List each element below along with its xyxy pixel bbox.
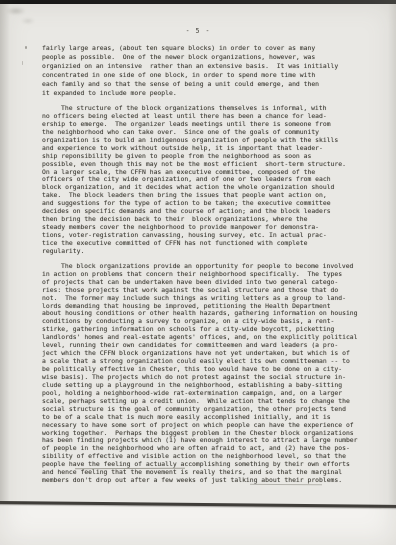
- text-line: it expanded to include more people.: [42, 89, 378, 98]
- text-body: fairly large areas, (about ten square bl…: [42, 44, 378, 485]
- text-line: fairly large areas, (about ten square bl…: [42, 44, 378, 53]
- scan-speck: [25, 46, 27, 49]
- paragraph: The structure of the block organizations…: [42, 105, 378, 256]
- scan-edge-top: [0, 0, 396, 4]
- scan-background-bottom: [0, 505, 396, 545]
- paragraph: The block organizations provide an oppor…: [42, 263, 378, 485]
- text-line: each family and so that the sense of bei…: [42, 80, 378, 89]
- paragraph: fairly large areas, (about ten square bl…: [42, 44, 378, 98]
- page-number: - 5 -: [0, 27, 396, 35]
- scan-right-shadow: [388, 4, 396, 504]
- scanned-document-page: - 5 - fairly large areas, (about ten squ…: [0, 0, 396, 545]
- text-line: tice the executive committed of CFFN has…: [42, 240, 378, 248]
- text-line: regularity.: [42, 248, 378, 256]
- scan-speck: [22, 61, 23, 65]
- scan-smudge: [6, 5, 42, 29]
- scan-left-shadow: [0, 4, 10, 504]
- text-line: organizied on an intensive rather than a…: [42, 62, 378, 71]
- text-line: concentrated in one side of one block, i…: [42, 71, 378, 80]
- text-line: members don't drop out after a few weeks…: [42, 477, 378, 485]
- text-line: people as possible. One of the newer blo…: [42, 53, 378, 62]
